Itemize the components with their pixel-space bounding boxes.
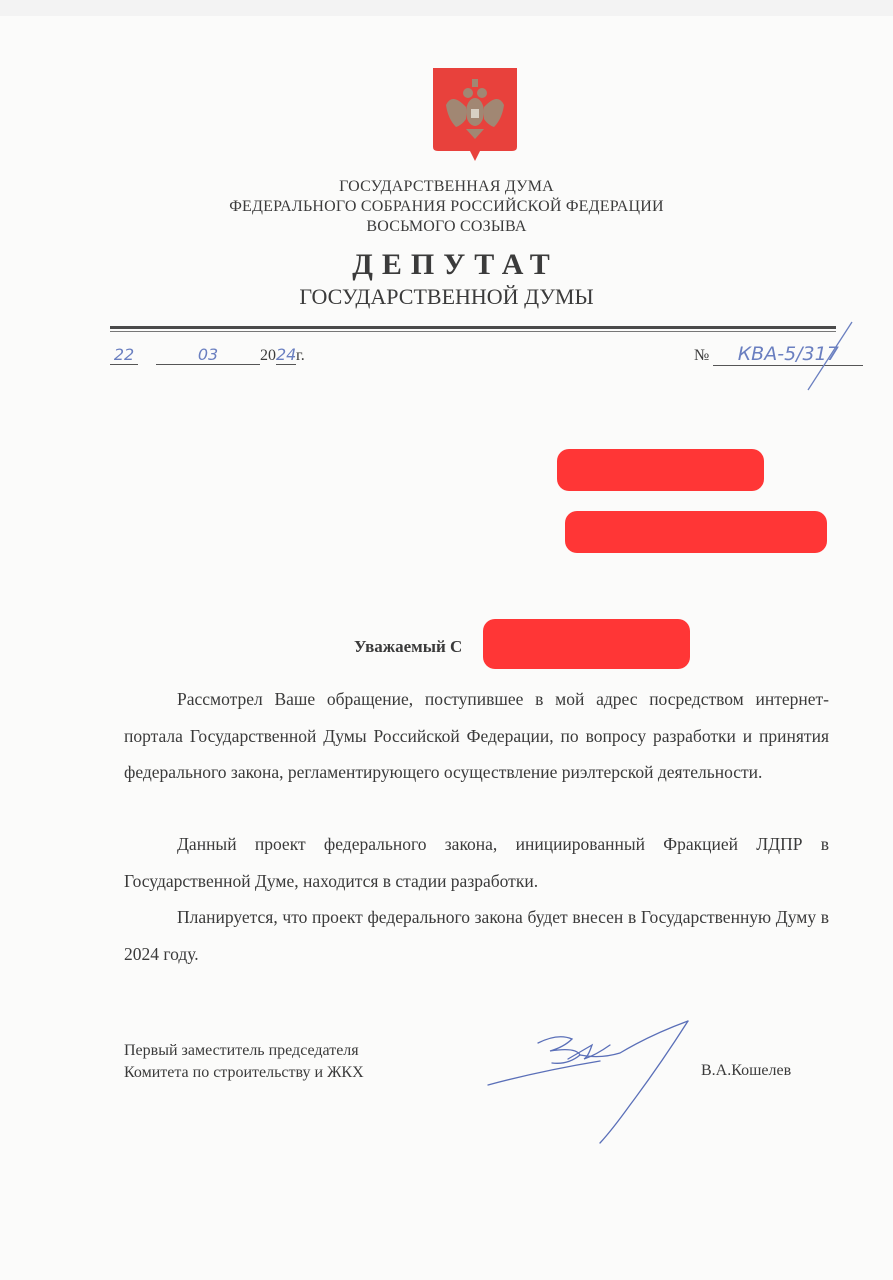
registration-number: № КВА-5/317 bbox=[694, 343, 863, 366]
paragraph-1: Рассмотрел Ваше обращение, поступившее в… bbox=[124, 681, 829, 791]
date-month: 03 bbox=[156, 345, 260, 365]
paragraph-text: Планируется, что проект федерального зак… bbox=[124, 899, 829, 972]
position-line1: Первый заместитель председателя bbox=[124, 1040, 364, 1062]
redaction-address-line1 bbox=[557, 449, 764, 491]
number-value: КВА-5/317 bbox=[713, 343, 863, 366]
org-name-line3: ВОСЬМОГО СОЗЫВА bbox=[0, 218, 893, 236]
handwritten-signature bbox=[480, 1015, 695, 1150]
letterhead-subtitle: ГОСУДАРСТВЕННОЙ ДУМЫ bbox=[0, 284, 893, 310]
date-year-suffix: 24 bbox=[276, 345, 296, 365]
paragraph-text: Рассмотрел Ваше обращение, поступившее в… bbox=[124, 681, 829, 791]
signatory-name: В.А.Кошелев bbox=[701, 1062, 791, 1080]
org-name-line1: ГОСУДАРСТВЕННАЯ ДУМА bbox=[0, 178, 893, 196]
paragraph-text: Данный проект федерального закона, иници… bbox=[124, 826, 829, 899]
date-year-prefix: 20 bbox=[260, 347, 276, 364]
position-line2: Комитета по строительству и ЖКХ bbox=[124, 1062, 364, 1084]
date-day: 22 bbox=[110, 345, 138, 365]
letterhead-title: ДЕПУТАТ bbox=[0, 248, 893, 282]
redaction-address-line2 bbox=[565, 511, 827, 553]
signatory-position: Первый заместитель председателя Комитета… bbox=[124, 1040, 364, 1084]
redaction-recipient-name bbox=[483, 619, 690, 669]
paragraph-2: Данный проект федерального закона, иници… bbox=[124, 826, 829, 899]
header-divider-thin bbox=[110, 331, 836, 332]
salutation: Уважаемый С bbox=[354, 637, 462, 657]
number-label: № bbox=[694, 347, 709, 364]
coat-of-arms-icon bbox=[432, 67, 518, 162]
document-date: 22 032024г. bbox=[110, 345, 305, 365]
header-divider-thick bbox=[110, 326, 836, 329]
paragraph-3: Планируется, что проект федерального зак… bbox=[124, 899, 829, 972]
date-year-end: г. bbox=[296, 347, 305, 364]
org-name-line2: ФЕДЕРАЛЬНОГО СОБРАНИЯ РОССИЙСКОЙ ФЕДЕРАЦ… bbox=[0, 198, 893, 216]
